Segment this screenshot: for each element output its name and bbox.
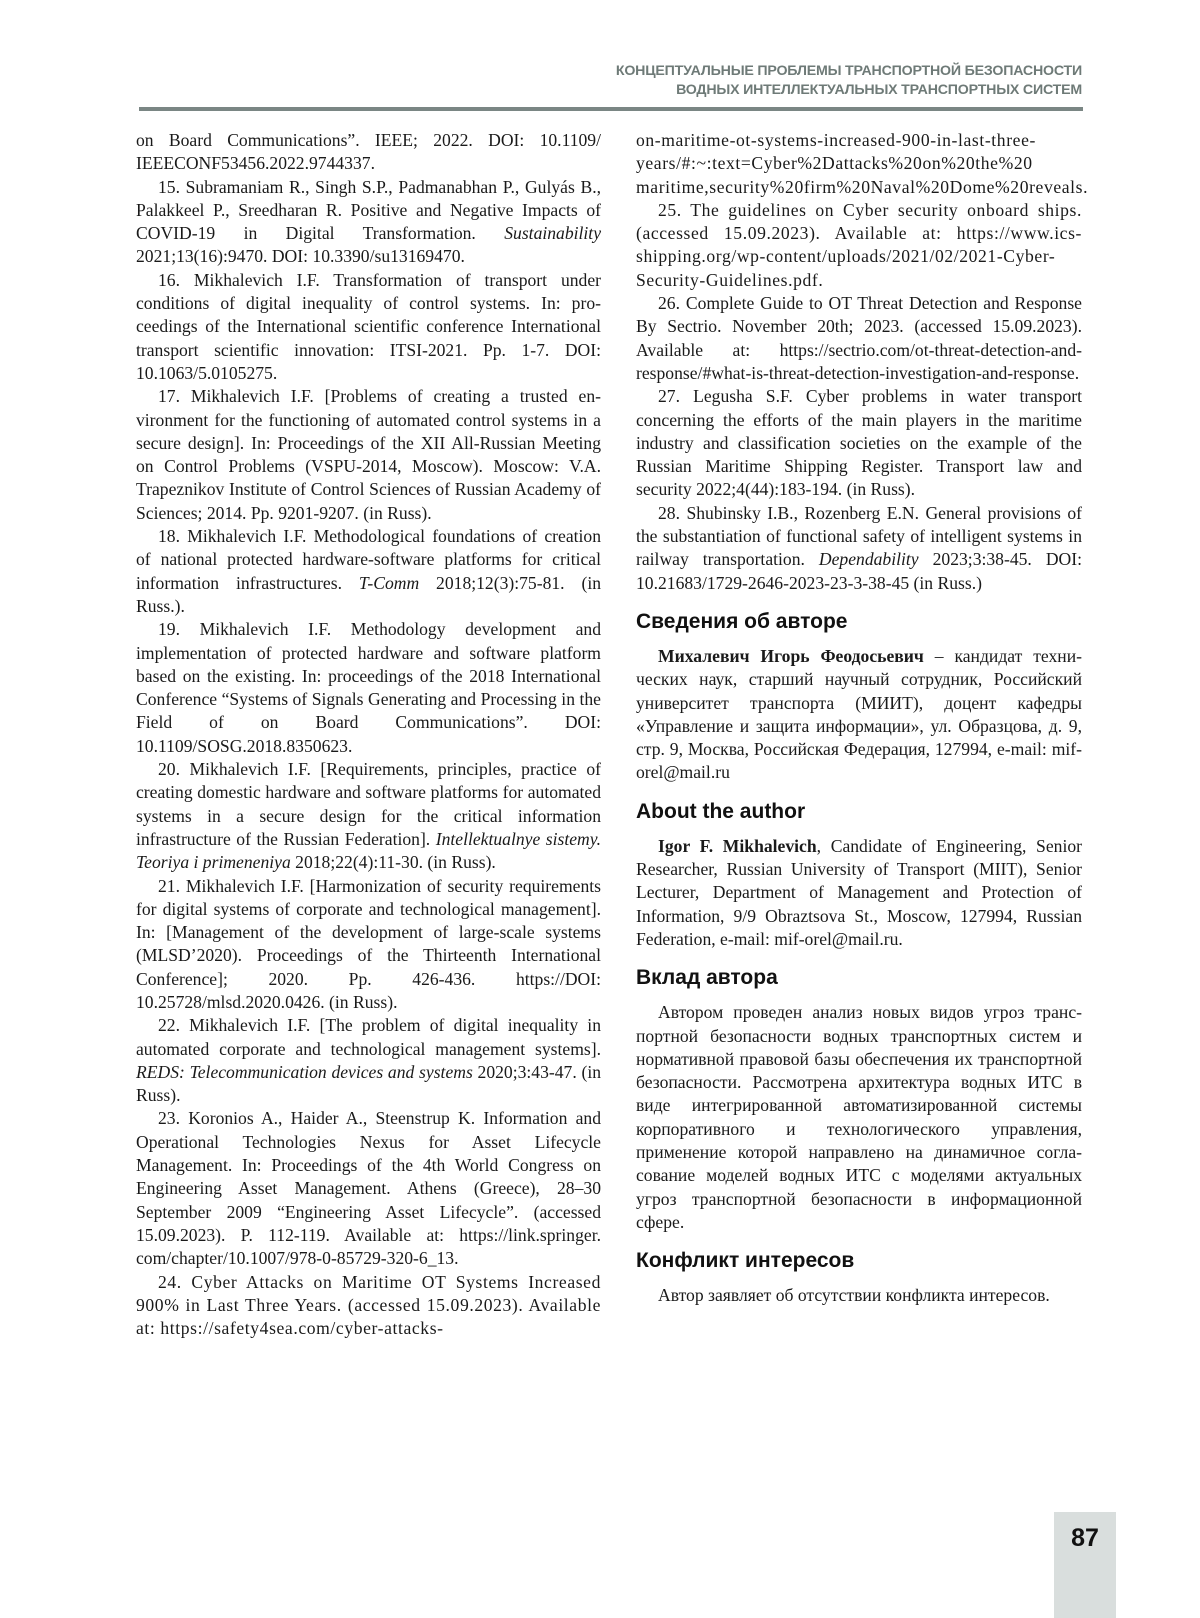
page-number-tab: 87 [1054,1512,1116,1618]
reference-23: 23. Koronios A., Haider A., Steenstrup K… [136,1107,601,1270]
reference-25: 25. The guidelines on Cyber security onb… [636,199,1082,292]
reference-28: 28. Shubinsky I.B., Rozenberg E.N. Gener… [636,502,1082,595]
reference-24-continued: on-maritime-ot-systems-increased-900-in-… [636,129,1082,199]
author-info-en: Igor F. Mikhalevich, Candidate of Engine… [636,835,1082,951]
reference-16: 16. Mikhalevich I.F. Transformation of t… [136,269,601,385]
spacer [636,825,1082,835]
reference-18: 18. Mikhalevich I.F. Methodological foun… [136,525,601,618]
section-heading-author-ru: Сведения об авторе [636,609,1082,635]
journal-title: Sustainability [504,223,601,243]
section-heading-contribution: Вклад автора [636,965,1082,991]
running-head-line-2: ВОДНЫХ ИНТЕЛЛЕКТУАЛЬНЫХ ТРАНСПОРТНЫХ СИС… [139,81,1082,100]
reference-19: 19. Mikhalevich I.F. Methodology develop… [136,618,601,758]
running-head: КОНЦЕПТУАЛЬНЫЕ ПРОБЛЕМЫ ТРАНСПОРТНОЙ БЕЗ… [139,62,1082,100]
reference-21: 21. Mikhalevich I.F. [Harmonization of s… [136,875,601,1015]
reference-14-continued: on Board Communications”. IEEE; 2022. DO… [136,129,601,176]
journal-title: Dependability [819,549,919,569]
spacer [636,951,1082,965]
author-name-ru: Михалевич Игорь Феодосьевич [658,646,924,666]
journal-title: REDS: Telecommunication devices and syst… [136,1062,473,1082]
author-name-en: Igor F. Mikhalevich [658,836,817,856]
spacer [636,595,1082,609]
reference-24: 24. Cyber Attacks on Maritime OT Systems… [136,1271,601,1341]
reference-26: 26. Complete Guide to OT Threat Detectio… [636,292,1082,385]
conflict-text: Автор заявляет об отсутствии конфликта и… [636,1284,1082,1307]
spacer [636,1234,1082,1248]
reference-15: 15. Subramaniam R., Singh S.P., Padmanab… [136,176,601,269]
reference-20: 20. Mikhalevich I.F. [Requirements, prin… [136,758,601,874]
journal-title: T-Comm [359,573,419,593]
spacer [636,635,1082,645]
left-column: on Board Communications”. IEEE; 2022. DO… [136,129,601,1340]
spacer [636,1274,1082,1284]
right-column: on-maritime-ot-systems-increased-900-in-… [636,129,1082,1307]
reference-22: 22. Mikhalevich I.F. [The problem of dig… [136,1014,601,1107]
contribution-text: Автором проведен анализ новых видов угро… [636,1001,1082,1234]
reference-17: 17. Mikhalevich I.F. [Problems of creati… [136,385,601,525]
author-info-ru: Михалевич Игорь Феодосьевич – кандидат т… [636,645,1082,785]
spacer [636,785,1082,799]
section-heading-author-en: About the author [636,799,1082,825]
header-rule [139,107,1083,111]
reference-27: 27. Legusha S.F. Cyber problems in water… [636,385,1082,501]
page-number: 87 [1054,1524,1116,1553]
running-head-line-1: КОНЦЕПТУАЛЬНЫЕ ПРОБЛЕМЫ ТРАНСПОРТНОЙ БЕЗ… [139,62,1082,81]
spacer [636,991,1082,1001]
section-heading-conflict: Конфликт интересов [636,1248,1082,1274]
